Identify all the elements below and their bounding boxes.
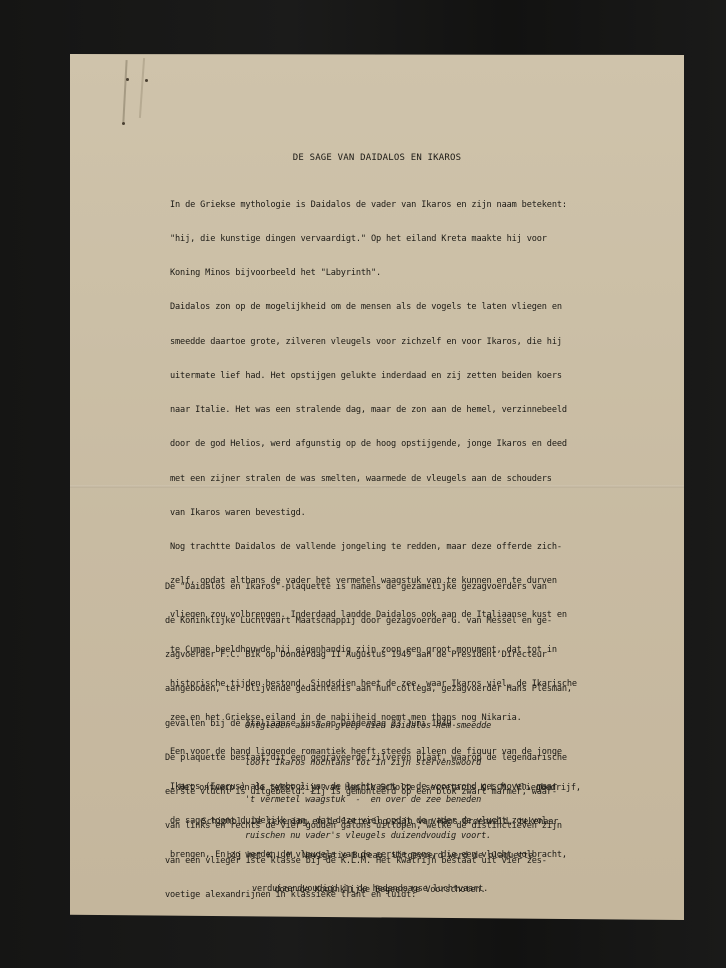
text-line: Daidalos zon op de mogelijkheid om de me… [170, 302, 577, 313]
staple-hole [126, 78, 129, 81]
staple-mark [139, 58, 145, 118]
credits-line: bij het K.L.M. Navigatie-Bureau. Uitgevo… [150, 851, 610, 862]
document-title: DE SAGE VAN DAIDALOS EN IKAROS [70, 153, 684, 163]
staple-mark [122, 60, 127, 122]
text-line: aangeboden, ter blijvende gedachtenis aa… [165, 684, 572, 695]
text-line: Nog trachtte Daidalos de vallende jongel… [170, 542, 577, 553]
text-line: "hij, die kunstige dingen vervaardigt." … [170, 234, 577, 245]
paper-sheet: DE SAGE VAN DAIDALOS EN IKAROS In de Gri… [70, 54, 684, 920]
text-line: De "Daidalos en Ikaros"-plaquette is nam… [165, 582, 572, 593]
text-line: uitermate lief had. Het opstijgen gelukt… [170, 371, 577, 382]
text-line: naar Italie. Het was een stralende dag, … [170, 405, 577, 416]
text-line: Koning Minos bijvoorbeeld het "Labyrinth… [170, 268, 577, 279]
credits-line: Het ontwerp en de tekst zijn van Henrik … [150, 783, 610, 794]
staple-hole [122, 122, 125, 125]
text-line: zagvoerder F.C. Bik op Donderdag 11 Augu… [165, 650, 572, 661]
poem-line: Ontgleden aan den greep dien Daidalos he… [245, 720, 491, 732]
staple-hole [145, 79, 148, 82]
text-line: door de god Helios, werd afgunstig op de… [170, 439, 577, 450]
credits-text: Het ontwerp en de tekst zijn van Henrik … [150, 760, 610, 920]
credits-line: door de Koninklijke Begeer te Voorschote… [150, 885, 610, 896]
text-line: de Koninklijke Luchtvaart Maatschappij d… [165, 616, 572, 627]
text-line: In de Griekse mythologie is Daidalos de … [170, 200, 577, 211]
text-line: van Ikaros waren bevestigd. [170, 508, 577, 519]
text-line: met een zijner stralen de was smelten, w… [170, 474, 577, 485]
credits-line: Schiphol. De tekening en de lettering zi… [150, 817, 610, 828]
text-line: smeedde daartoe grote, zilveren vleugels… [170, 337, 577, 348]
